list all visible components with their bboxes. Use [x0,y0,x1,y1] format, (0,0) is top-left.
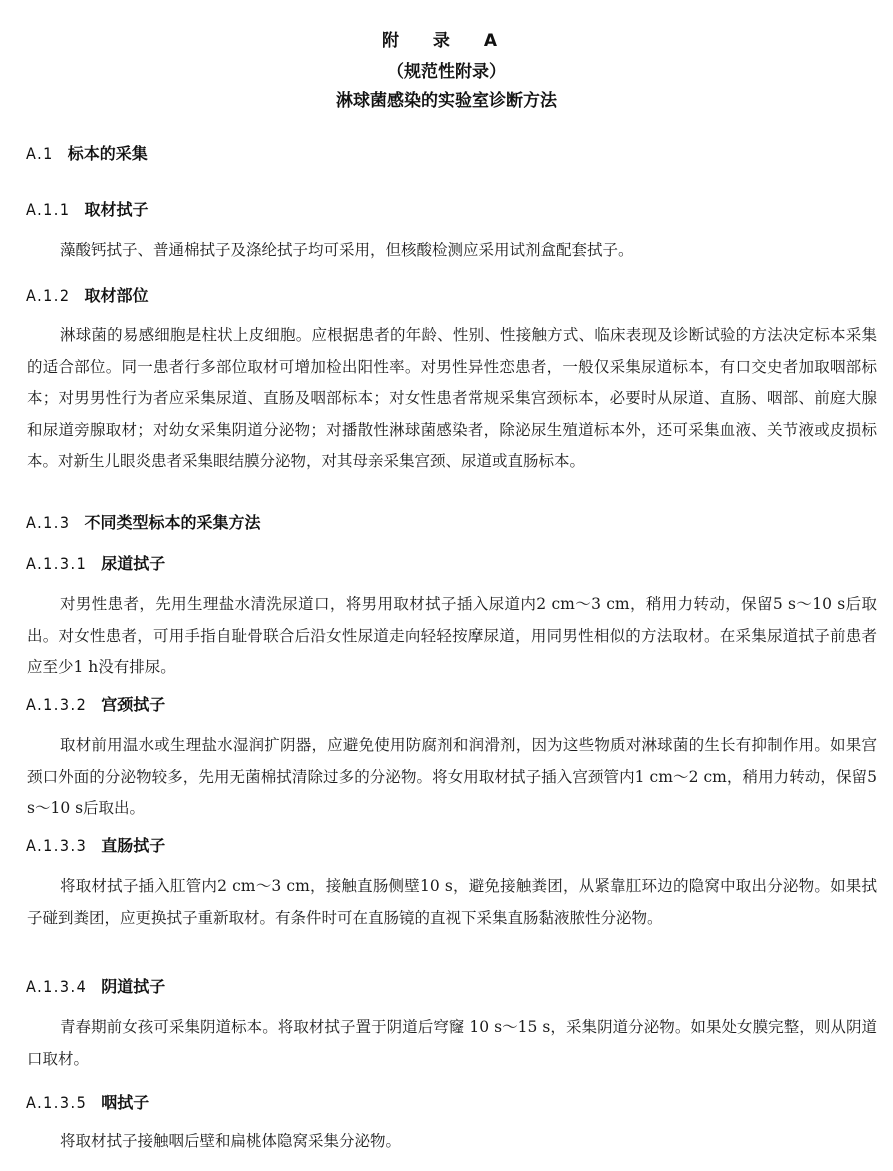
section-title: 标本的采集 [68,144,148,163]
section-title: 取材拭子 [85,200,149,219]
section-number: A.1.2 [26,286,71,305]
paragraph-urethral-swab: 对男性患者，先用生理盐水清洗尿道口，将男用取材拭子插入尿道内2 cm～3 cm，… [27,589,877,684]
paragraph-rectal-swab: 将取材拭子插入肛管内2 cm～3 cm，接触直肠侧壁10 s，避免接触粪团，从紧… [27,871,877,934]
appendix-label: 附 录 A [0,26,893,51]
section-heading-a1-3-1: A.1.3.1尿道拭子 [26,551,165,574]
section-number: A.1.3.2 [26,695,87,714]
section-heading-a1-3-3: A.1.3.3直肠拭子 [26,833,165,856]
section-heading-a1-2: A.1.2取材部位 [26,283,149,306]
paragraph-cervical-swab: 取材前用温水或生理盐水湿润扩阴器，应避免使用防腐剂和润滑剂，因为这些物质对淋球菌… [27,730,877,825]
section-number: A.1 [26,144,54,163]
paragraph-pharyngeal-swab: 将取材拭子接触咽后壁和扁桃体隐窝采集分泌物。 [27,1126,877,1158]
section-number: A.1.3 [26,513,71,532]
paragraph-sampling-sites: 淋球菌的易感细胞是柱状上皮细胞。应根据患者的年龄、性别、性接触方式、临床表现及诊… [27,320,877,478]
section-title: 不同类型标本的采集方法 [85,513,261,532]
section-number: A.1.3.4 [26,977,87,996]
section-number: A.1.3.1 [26,554,87,573]
section-heading-a1-3-2: A.1.3.2宫颈拭子 [26,692,165,715]
section-heading-a1: A.1标本的采集 [26,141,148,164]
section-heading-a1-3-4: A.1.3.4阴道拭子 [26,974,165,997]
section-number: A.1.3.5 [26,1093,87,1112]
section-title: 宫颈拭子 [101,695,165,714]
section-title: 取材部位 [85,286,149,305]
section-title: 咽拭子 [101,1093,149,1112]
appendix-title: 淋球菌感染的实验室诊断方法 [0,86,893,111]
section-heading-a1-3: A.1.3不同类型标本的采集方法 [26,510,261,533]
section-title: 尿道拭子 [101,554,165,573]
section-heading-a1-3-5: A.1.3.5咽拭子 [26,1090,149,1113]
paragraph-swab-types: 藻酸钙拭子、普通棉拭子及涤纶拭子均可采用，但核酸检测应采用试剂盒配套拭子。 [27,235,877,267]
section-heading-a1-1: A.1.1取材拭子 [26,197,149,220]
section-title: 直肠拭子 [101,836,165,855]
paragraph-vaginal-swab: 青春期前女孩可采集阴道标本。将取材拭子置于阴道后穹窿 10 s～15 s，采集阴… [27,1012,877,1075]
section-number: A.1.3.3 [26,836,87,855]
section-number: A.1.1 [26,200,71,219]
document-page: 附 录 A （规范性附录） 淋球菌感染的实验室诊断方法 A.1标本的采集 A.1… [0,0,893,1171]
section-title: 阴道拭子 [101,977,165,996]
appendix-type: （规范性附录） [0,57,893,82]
